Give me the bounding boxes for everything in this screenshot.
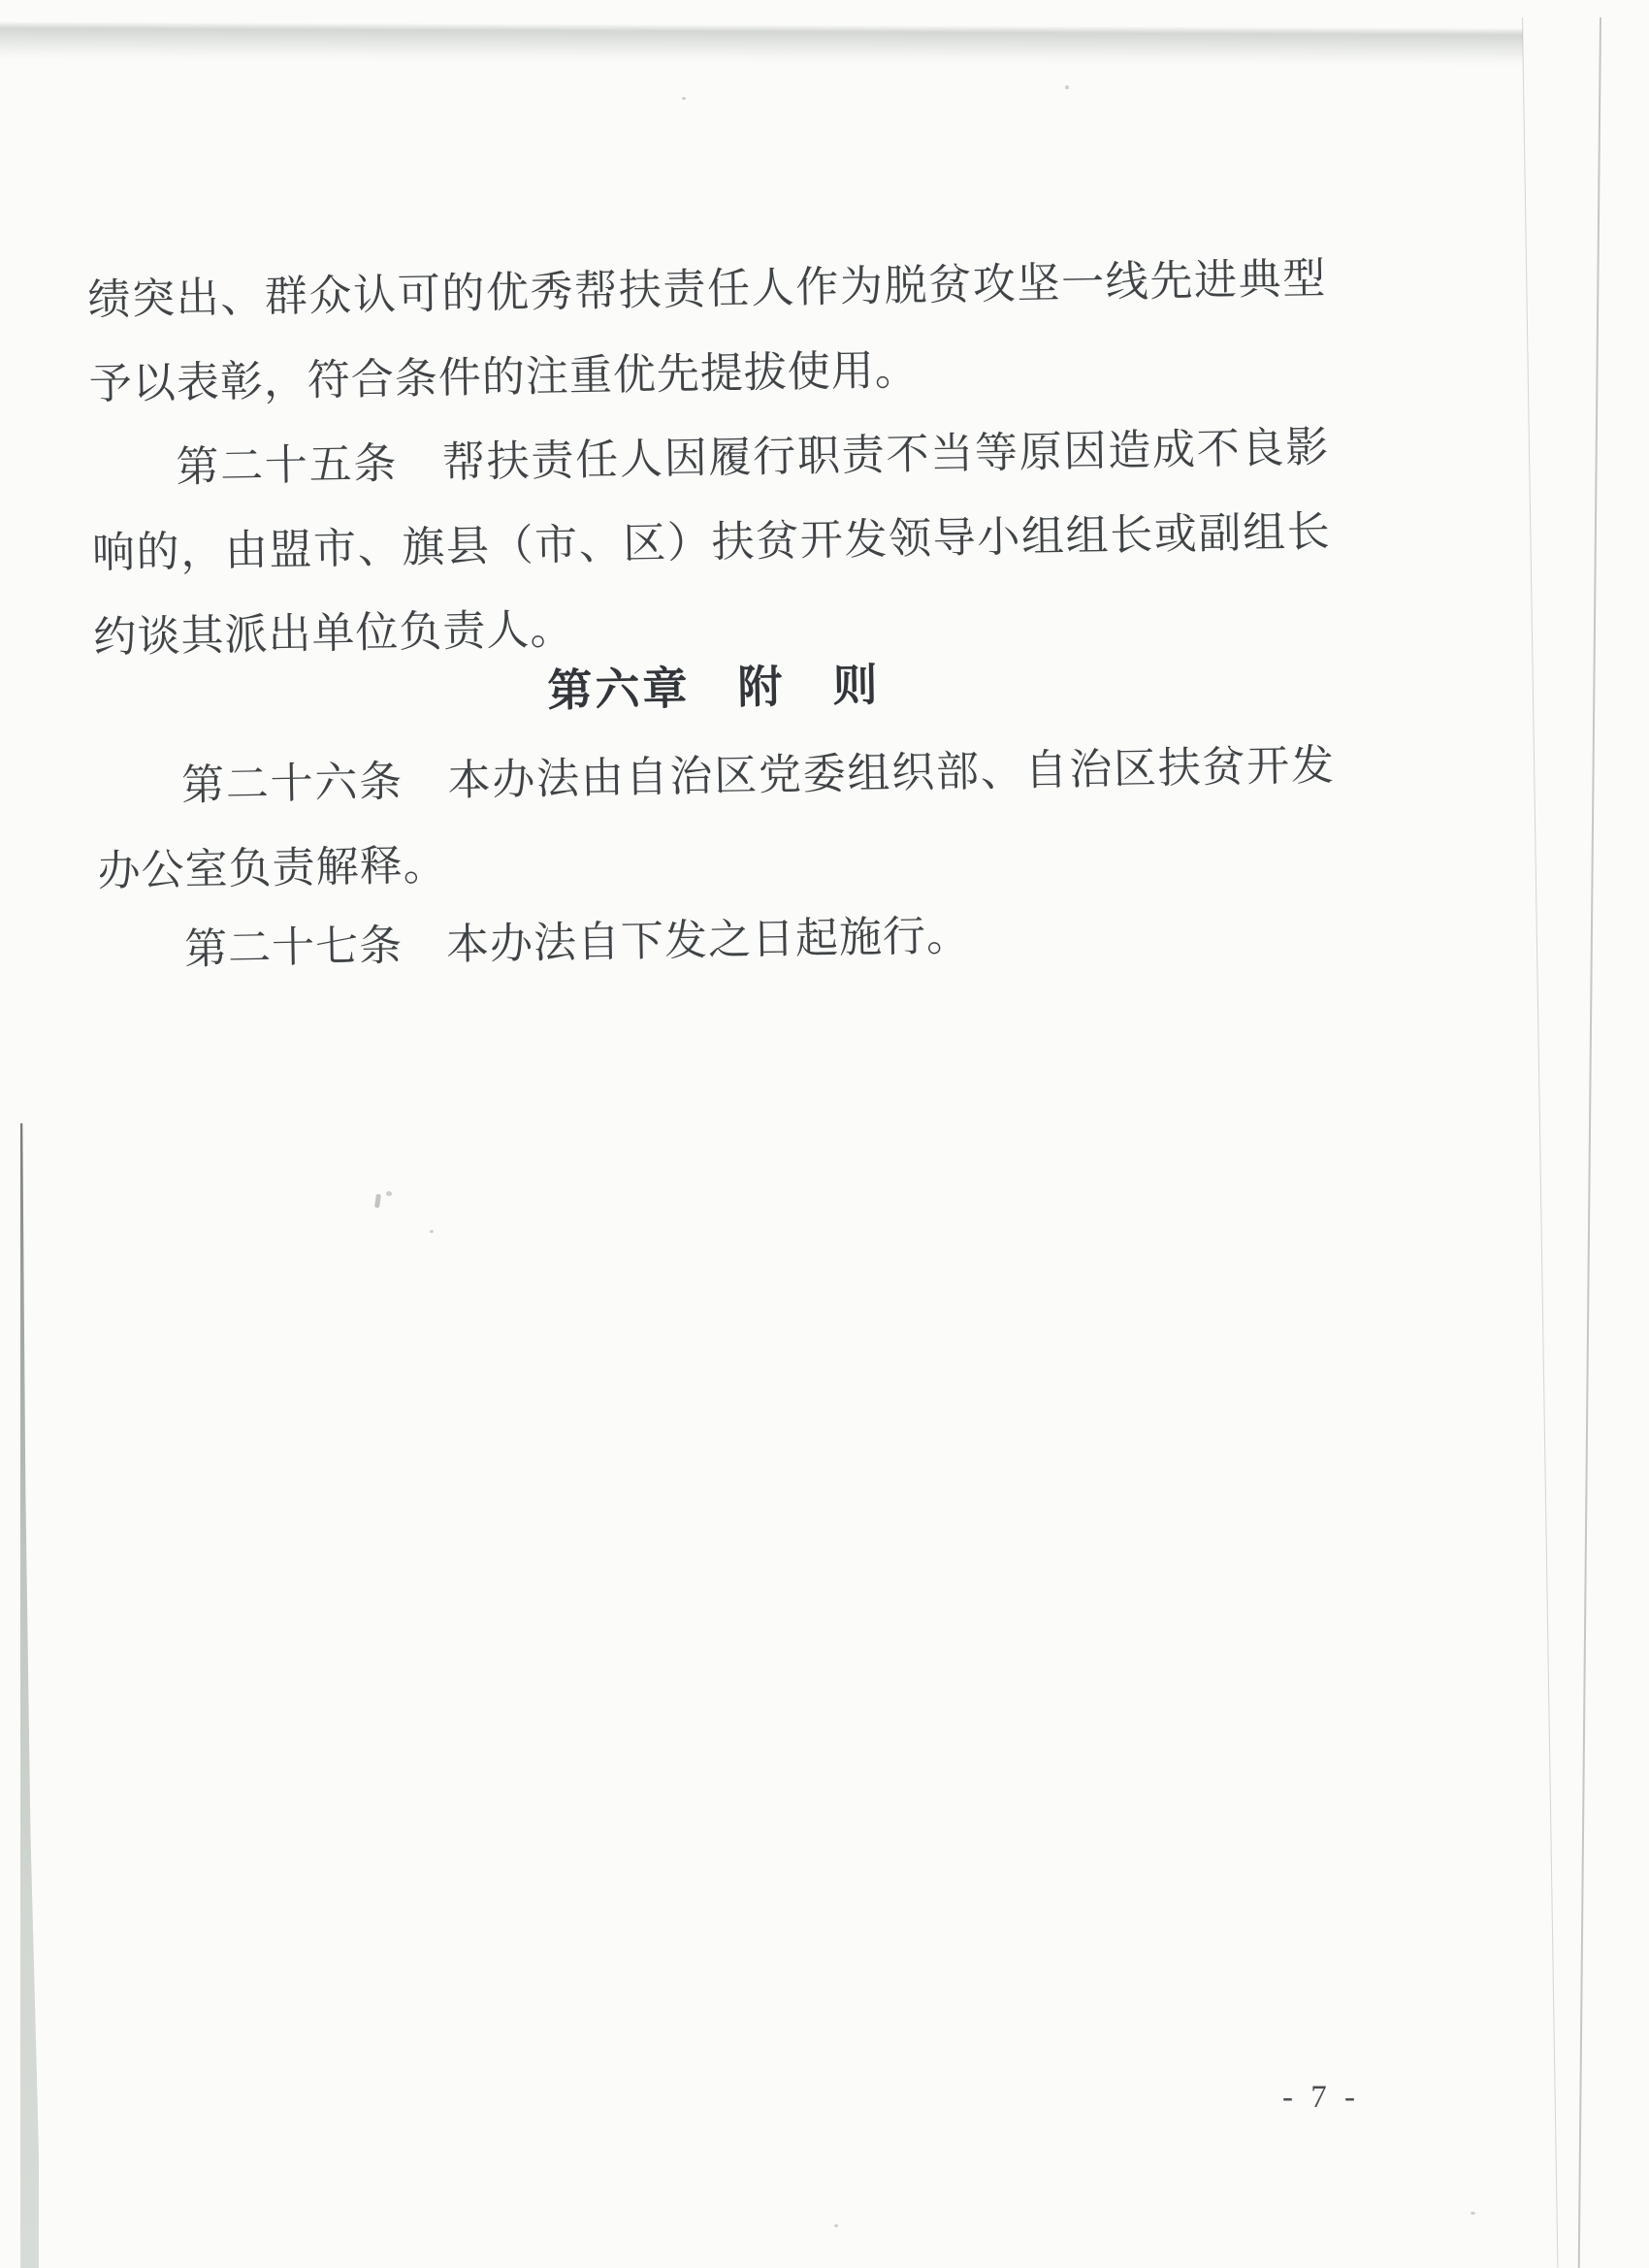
scan-edge-line <box>1522 17 1558 2268</box>
scan-speck <box>834 2224 838 2227</box>
scan-speck <box>386 1191 392 1196</box>
scan-speck <box>430 1230 434 1233</box>
article-26-line: 第二十六条 本办法由自治区党委组织部、自治区扶贫开发 <box>96 740 1336 814</box>
article-25-line: 约谈其派出单位负责人。 <box>93 591 1333 664</box>
document-body: 绩突出、群众认可的优秀帮扶责任人作为脱贫攻坚一线先进典型 予以表彰，符合条件的注… <box>82 0 1340 1067</box>
scan-speck <box>374 1194 381 1209</box>
paragraph-line: 予以表彰，符合条件的注重优先提拔使用。 <box>88 338 1328 411</box>
chapter-heading: 第六章 附 则 <box>94 652 1334 726</box>
scanned-page: 绩突出、群众认可的优秀帮扶责任人作为脱贫攻坚一线先进典型 予以表彰，符合条件的注… <box>0 0 1649 2268</box>
scan-binding-shadow <box>20 1123 39 2268</box>
paragraph-line: 绩突出、群众认可的优秀帮扶责任人作为脱贫攻坚一线先进典型 <box>87 253 1327 327</box>
article-25-line: 第二十五条 帮扶责任人因履行职责不当等原因造成不良影 <box>90 422 1330 496</box>
article-26-line: 办公室负责解释。 <box>97 825 1337 898</box>
article-25-line: 响的，由盟市、旗县（市、区）扶贫开发领导小组组长或副组长 <box>91 506 1331 580</box>
scan-speck <box>1471 2212 1475 2215</box>
page-number: - 7 - <box>1282 2080 1360 2116</box>
paper-edge-line <box>1578 17 1601 2268</box>
article-27-line: 第二十七条 本办法自下发之日起施行。 <box>99 904 1339 978</box>
